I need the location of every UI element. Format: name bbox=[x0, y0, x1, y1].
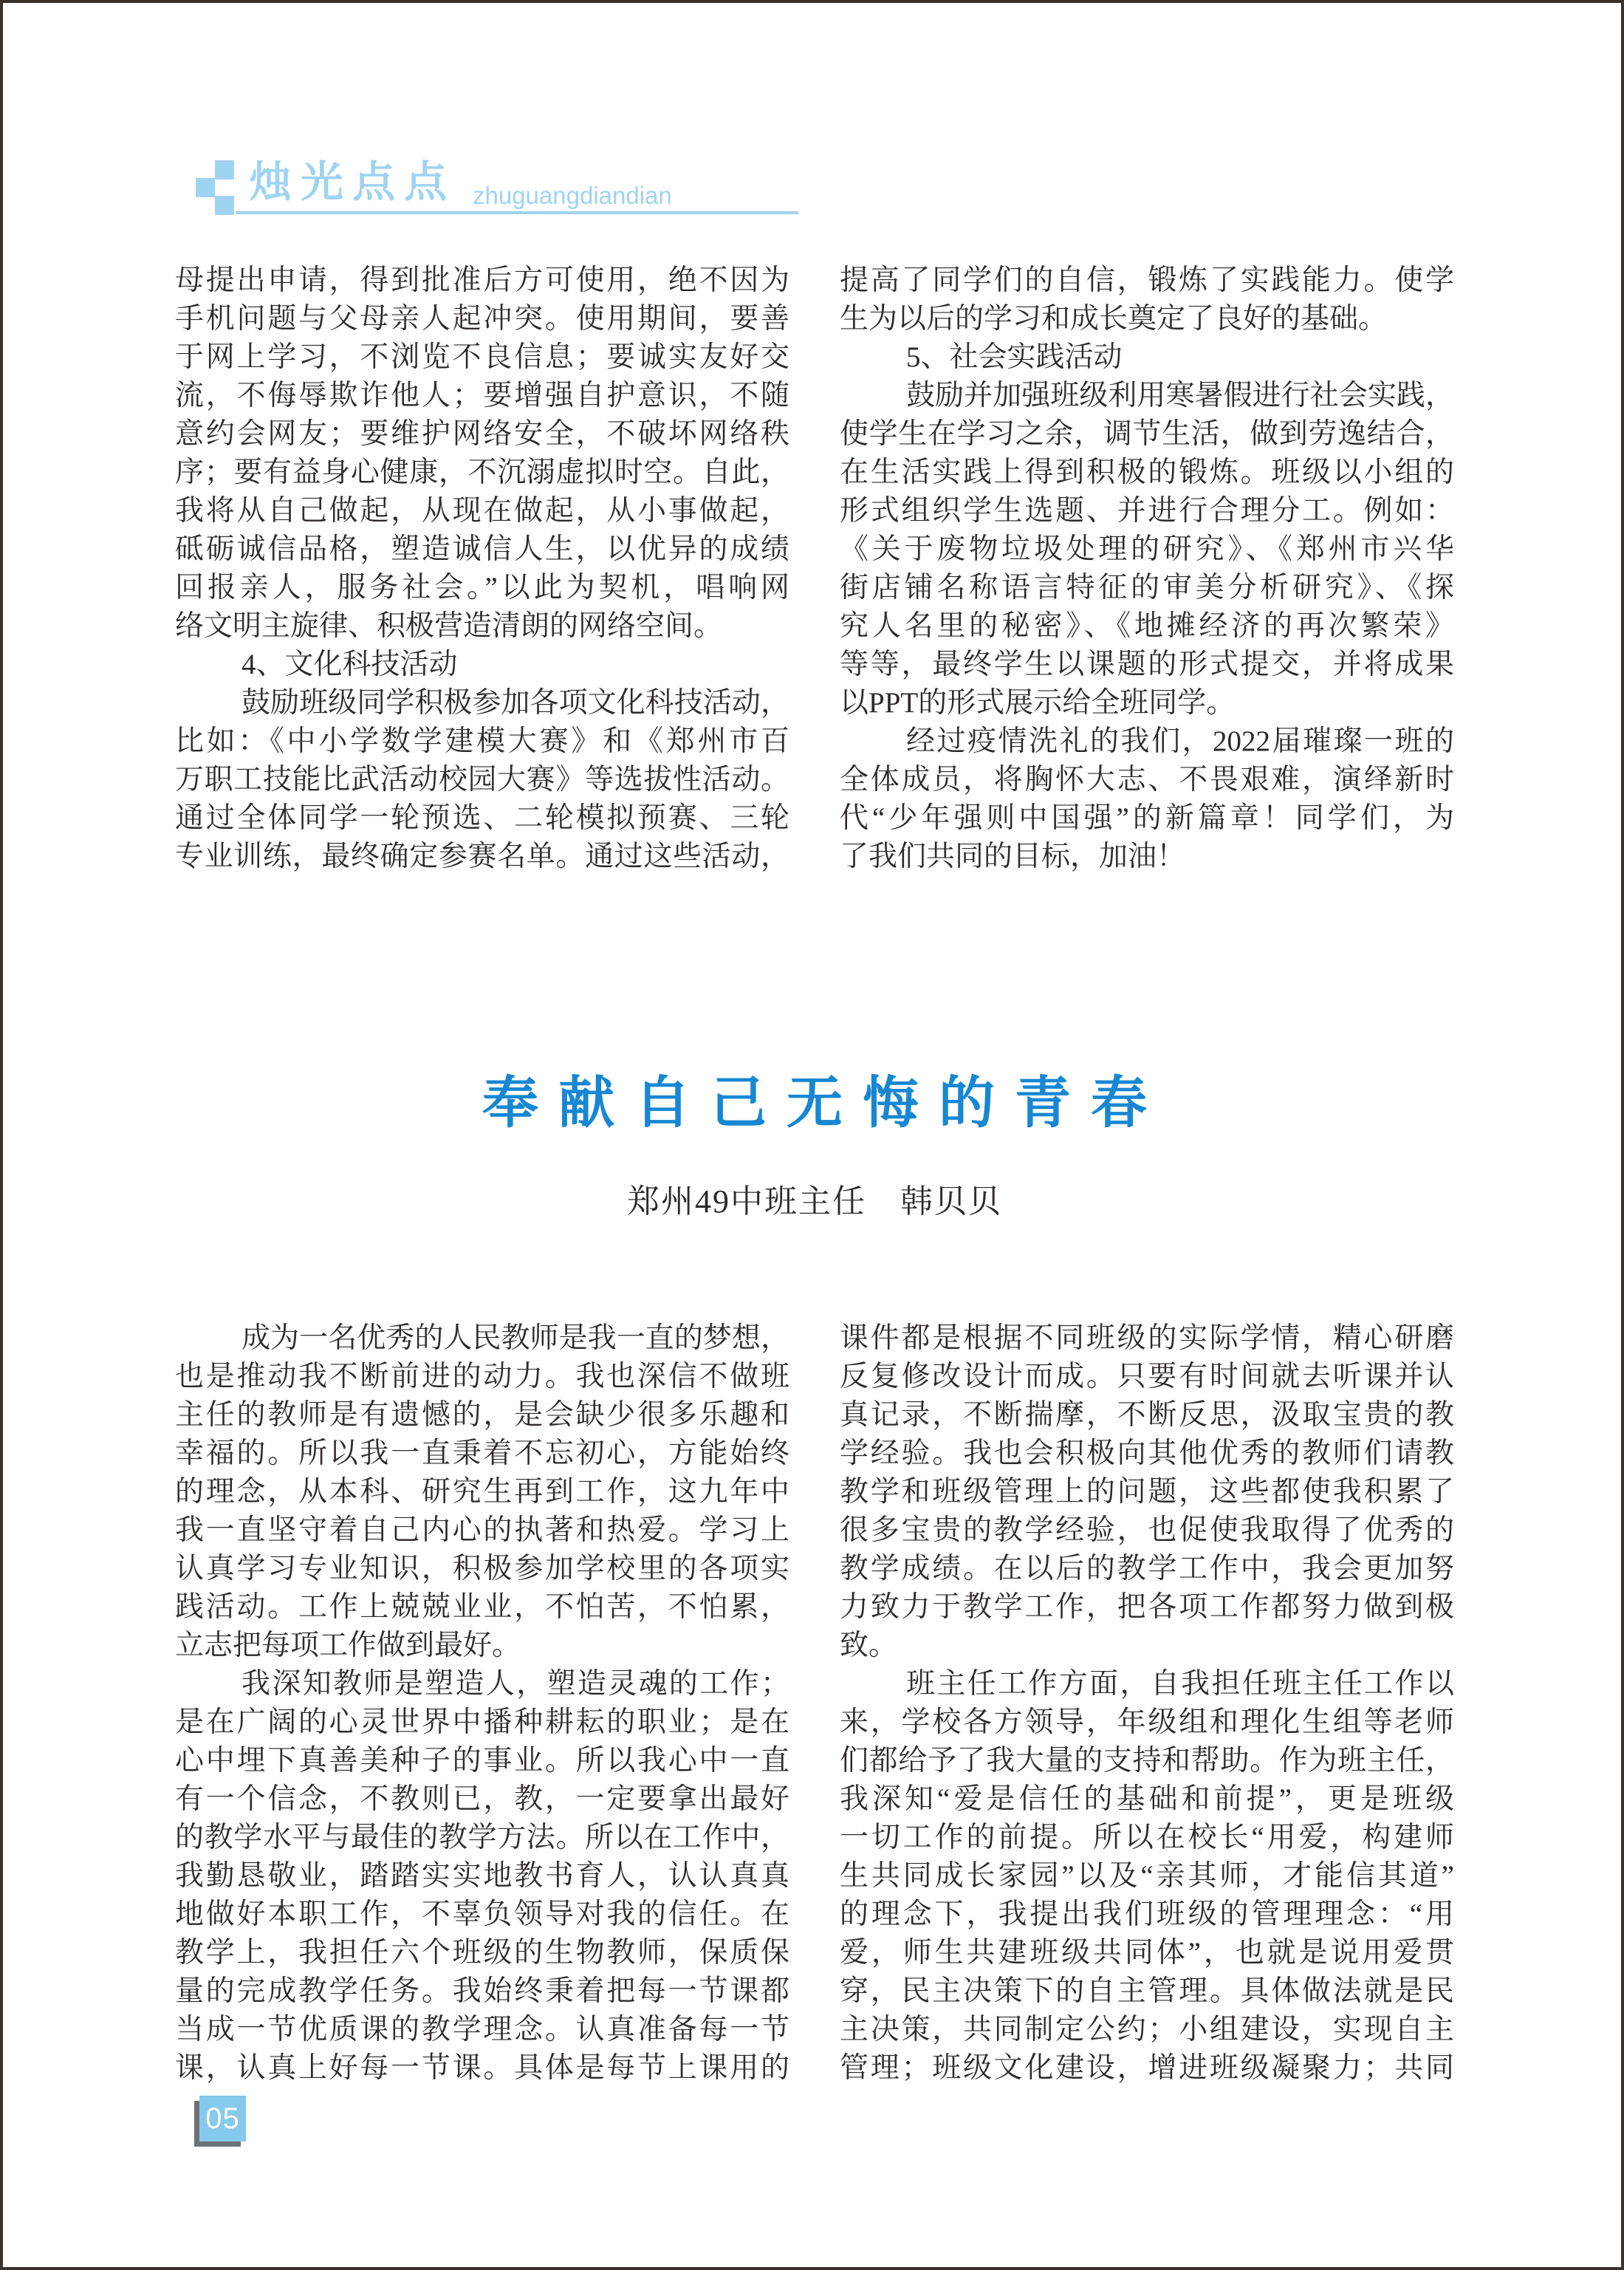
upper-right-column: 提高了同学们的自信，锻炼了实践能力。使学生为以后的学习和成长奠定了良好的基础。5… bbox=[840, 261, 1454, 876]
text-line: 回报亲人，服务社会。”以此为契机，唱响网 bbox=[175, 569, 789, 607]
text-line: 经过疫情洗礼的我们，2022届璀璨一班的 bbox=[840, 722, 1454, 761]
text-line: 班主任工作方面，自我担任班主任工作以 bbox=[840, 1665, 1454, 1703]
text-line: 络文明主旋律、积极营造清朗的网络空间。 bbox=[175, 607, 789, 646]
text-line: 我勤恳敬业，踏踏实实地教书育人，认认真真 bbox=[175, 1857, 789, 1895]
text-line: 穿，民主决策下的自主管理。具体做法就是民 bbox=[840, 1972, 1454, 2011]
text-line: 形式组织学生选题、并进行合理分工。例如： bbox=[840, 492, 1454, 530]
text-line: 生为以后的学习和成长奠定了良好的基础。 bbox=[840, 300, 1454, 338]
text-line: 立志把每项工作做到最好。 bbox=[175, 1627, 789, 1665]
page-number: 05 bbox=[205, 2102, 240, 2136]
upper-left-column: 母提出申请，得到批准后方可使用，绝不因为手机问题与父母亲人起冲突。使用期间，要善… bbox=[175, 261, 789, 876]
text-line: 践活动。工作上兢兢业业，不怕苦，不怕累， bbox=[175, 1588, 789, 1627]
article-title: 奉献自己无悔的青春 bbox=[175, 1067, 1454, 1141]
text-line: 我深知教师是塑造人，塑造灵魂的工作； bbox=[175, 1665, 789, 1703]
text-line: 课，认真上好每一节课。具体是每节上课用的 bbox=[175, 2049, 789, 2088]
text-line: 鼓励班级同学积极参加各项文化科技活动， bbox=[175, 684, 789, 722]
text-line: 鼓励并加强班级利用寒暑假进行社会实践， bbox=[840, 377, 1454, 415]
text-line: 致。 bbox=[840, 1627, 1454, 1665]
text-line: 了我们共同的目标，加油！ bbox=[840, 838, 1454, 876]
text-line: 于网上学习，不浏览不良信息；要诚实友好交 bbox=[175, 338, 789, 377]
text-line: 也是推动我不断前进的动力。我也深信不做班 bbox=[175, 1358, 789, 1396]
text-line: 5、社会实践活动 bbox=[840, 338, 1454, 377]
text-line: 《关于废物垃圾处理的研究》、《郑州市兴华 bbox=[840, 530, 1454, 569]
text-line: 有一个信念，不教则已，教，一定要拿出最好 bbox=[175, 1780, 789, 1819]
text-line: 手机问题与父母亲人起冲突。使用期间，要善 bbox=[175, 300, 789, 338]
article-author: 郑州49中班主任 韩贝贝 bbox=[175, 1180, 1454, 1223]
text-line: 是在广阔的心灵世界中播种耕耘的职业；是在 bbox=[175, 1703, 789, 1742]
text-line: 地做好本职工作，不辜负领导对我的信任。在 bbox=[175, 1895, 789, 1934]
text-line: 比如：《中小学数学建模大赛》和《郑州市百 bbox=[175, 722, 789, 761]
text-line: 心中埋下真善美种子的事业。所以我心中一直 bbox=[175, 1742, 789, 1780]
text-line: 提高了同学们的自信，锻炼了实践能力。使学 bbox=[840, 261, 1454, 300]
text-line: 量的完成教学任务。我始终秉着把每一节课都 bbox=[175, 1972, 789, 2011]
text-line: 4、文化科技活动 bbox=[175, 646, 789, 684]
section-brand-pinyin: zhuguangdiandian bbox=[473, 181, 672, 211]
text-line: 砥砺诚信品格，塑造诚信人生，以优异的成绩 bbox=[175, 530, 789, 569]
text-line: 反复修改设计而成。只要有时间就去听课并认 bbox=[840, 1358, 1454, 1396]
text-line: 真记录，不断揣摩，不断反思，汲取宝贵的教 bbox=[840, 1396, 1454, 1435]
text-line: 教学和班级管理上的问题，这些都使我积累了 bbox=[840, 1473, 1454, 1511]
logo-square bbox=[215, 160, 234, 180]
text-line: 全体成员，将胸怀大志、不畏艰难，演绎新时 bbox=[840, 761, 1454, 799]
magazine-page: 烛光点点 zhuguangdiandian 母提出申请，得到批准后方可使用，绝不… bbox=[0, 0, 1624, 2270]
text-line: 流，不侮辱欺诈他人；要增强自护意识，不随 bbox=[175, 377, 789, 415]
text-line: 的理念，从本科、研究生再到工作，这九年中 bbox=[175, 1473, 789, 1511]
text-line: 的理念下，我提出我们班级的管理理念：“用 bbox=[840, 1895, 1454, 1934]
text-line: 母提出申请，得到批准后方可使用，绝不因为 bbox=[175, 261, 789, 300]
text-line: 序；要有益身心健康，不沉溺虚拟时空。自此， bbox=[175, 454, 789, 492]
text-line: 代“少年强则中国强”的新篇章！同学们，为 bbox=[840, 799, 1454, 838]
text-line: 我深知“爱是信任的基础和前提”，更是班级 bbox=[840, 1780, 1454, 1819]
text-line: 一切工作的前提。所以在校长“用爱，构建师 bbox=[840, 1819, 1454, 1857]
text-line: 我将从自己做起，从现在做起，从小事做起， bbox=[175, 492, 789, 530]
text-line: 的教学水平与最佳的教学方法。所以在工作中， bbox=[175, 1819, 789, 1857]
text-line: 教学成绩。在以后的教学工作中，我会更加努 bbox=[840, 1550, 1454, 1588]
text-line: 成为一名优秀的人民教师是我一直的梦想， bbox=[175, 1319, 789, 1358]
text-line: 主任的教师是有遗憾的，是会缺少很多乐趣和 bbox=[175, 1396, 789, 1435]
text-line: 管理；班级文化建设，增进班级凝聚力；共同 bbox=[840, 2049, 1454, 2088]
text-line: 很多宝贵的教学经验，也促使我取得了优秀的 bbox=[840, 1511, 1454, 1550]
text-line: 们都给予了我大量的支持和帮助。作为班主任， bbox=[840, 1742, 1454, 1780]
text-line: 使学生在学习之余，调节生活，做到劳逸结合， bbox=[840, 415, 1454, 454]
page-number-badge: 05 bbox=[199, 2096, 246, 2141]
lower-right-column: 课件都是根据不同班级的实际学情，精心研磨反复修改设计而成。只要有时间就去听课并认… bbox=[840, 1319, 1454, 2088]
text-line: 当成一节优质课的教学理念。认真准备每一节 bbox=[175, 2011, 789, 2049]
text-line: 学经验。我也会积极向其他优秀的教师们请教 bbox=[840, 1435, 1454, 1473]
text-line: 我一直坚守着自己内心的执著和热爱。学习上 bbox=[175, 1511, 789, 1550]
text-line: 课件都是根据不同班级的实际学情，精心研磨 bbox=[840, 1319, 1454, 1358]
text-line: 主决策，共同制定公约；小组建设，实现自主 bbox=[840, 2011, 1454, 2049]
text-line: 万职工技能比武活动校园大赛》等选拔性活动。 bbox=[175, 761, 789, 799]
lower-article-columns: 成为一名优秀的人民教师是我一直的梦想，也是推动我不断前进的动力。我也深信不做班主… bbox=[175, 1319, 1454, 2088]
text-line: 究人名里的秘密》、《地摊经济的再次繁荣》 bbox=[840, 607, 1454, 646]
upper-article-columns: 母提出申请，得到批准后方可使用，绝不因为手机问题与父母亲人起冲突。使用期间，要善… bbox=[175, 261, 1454, 876]
header-divider bbox=[236, 211, 798, 214]
text-line: 在生活实践上得到积极的锻炼。班级以小组的 bbox=[840, 454, 1454, 492]
lower-left-column: 成为一名优秀的人民教师是我一直的梦想，也是推动我不断前进的动力。我也深信不做班主… bbox=[175, 1319, 789, 2088]
text-line: 生共同成长家园”以及“亲其师，才能信其道” bbox=[840, 1857, 1454, 1895]
text-line: 意约会网友；要维护网络安全，不破坏网络秩 bbox=[175, 415, 789, 454]
text-line: 幸福的。所以我一直秉着不忘初心，方能始终 bbox=[175, 1435, 789, 1473]
logo-square bbox=[196, 178, 215, 197]
text-line: 以PPT的形式展示给全班同学。 bbox=[840, 684, 1454, 722]
section-brand-title: 烛光点点 bbox=[249, 153, 456, 212]
text-line: 力致力于教学工作，把各项工作都努力做到极 bbox=[840, 1588, 1454, 1627]
text-line: 街店铺名称语言特征的审美分析研究》、《探 bbox=[840, 569, 1454, 607]
text-line: 专业训练，最终确定参赛名单。通过这些活动， bbox=[175, 838, 789, 876]
text-line: 爱，师生共建班级共同体”，也就是说用爱贯 bbox=[840, 1934, 1454, 1972]
text-line: 等等，最终学生以课题的形式提交，并将成果 bbox=[840, 646, 1454, 684]
logo-square bbox=[215, 196, 234, 215]
text-line: 教学上，我担任六个班级的生物教师，保质保 bbox=[175, 1934, 789, 1972]
text-line: 通过全体同学一轮预选、二轮模拟预赛、三轮 bbox=[175, 799, 789, 838]
text-line: 认真学习专业知识，积极参加学校里的各项实 bbox=[175, 1550, 789, 1588]
text-line: 来，学校各方领导，年级组和理化生组等老师 bbox=[840, 1703, 1454, 1742]
